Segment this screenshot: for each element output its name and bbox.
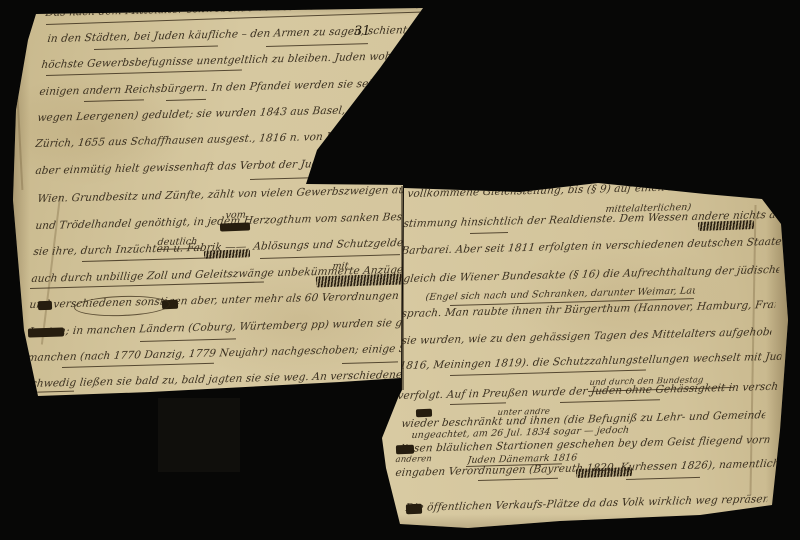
ink-blot: [38, 301, 52, 310]
ink-scribble: [698, 220, 754, 231]
handwriting-line: Barbarei. Aber seit 1811 erfolgten in ve…: [401, 237, 782, 258]
underline-stroke: [450, 402, 506, 405]
underline-stroke: [166, 99, 206, 101]
ink-scribble: [316, 274, 402, 288]
handwriting-line: Die öffentlichen Verkaufs-Plätze da das …: [405, 494, 768, 514]
handwriting-line: vollkommene Gleichstellung, bis (§ 9) au…: [407, 180, 764, 200]
handwriting-line: sie wurden, wie zu den gehässigen Tagen …: [401, 327, 772, 348]
handwriting-line: manchen (nach 1770 Danzig, 1779 Neujahr)…: [27, 344, 408, 365]
handwriting-line: anderen: [395, 455, 446, 466]
underline-stroke: [84, 99, 144, 102]
ink-blot: [220, 222, 250, 231]
underline-stroke: [478, 478, 558, 482]
underline-stroke: [250, 177, 312, 180]
underline-stroke: [62, 363, 214, 369]
handwriting-line: schwedig ließen sie bald zu, bald jagten…: [25, 370, 406, 391]
underline-stroke: [342, 361, 398, 364]
underline-stroke: [266, 43, 368, 47]
ink-blot: [28, 327, 64, 337]
handwriting-line: Lasten; in manchen Ländern (Coburg, Würt…: [29, 318, 408, 339]
paper-crease: [15, 60, 24, 190]
inserted-word: mit: [332, 261, 363, 272]
underline-stroke: [26, 391, 74, 394]
paper-crease: [41, 195, 61, 344]
underline-stroke: [560, 399, 660, 403]
page-number: 31: [354, 24, 371, 39]
underline-stroke: [260, 254, 400, 259]
ink-blot: [416, 409, 432, 418]
manuscript-scan: Das nach dem Mittelalter schwebende Verb…: [0, 0, 800, 540]
underline-stroke: [626, 477, 700, 480]
handwriting-line: 1816, Meiningen 1819). die Schutzzahlung…: [399, 352, 782, 373]
handwriting-line: höchste Gewerbsbefugnisse unentgeltlich …: [41, 51, 430, 72]
inserted-word: vom: [225, 210, 266, 221]
handwriting-line: aber einmütig hielt gewissenhaft das Ver…: [35, 159, 336, 178]
ink-scribble: [576, 467, 632, 478]
underline-stroke: [82, 257, 212, 262]
inserted-word: deutlich: [157, 237, 206, 249]
handwriting-line: gleich die Wiener Bundesakte (§ 16) die …: [403, 265, 780, 286]
handwriting-line: Zürich, 1655 aus Schaffhausen ausgest., …: [35, 131, 356, 150]
ink-blot: [406, 504, 422, 515]
underline-stroke: [140, 338, 236, 342]
ink-scribble: [204, 249, 250, 259]
handwriting-line: wegen Leergenen) geduldet; sie wurden 18…: [37, 105, 378, 125]
handwriting-line: einigen andern Reichsbürgern. In den Pfa…: [39, 78, 400, 98]
underline-stroke: [94, 46, 218, 51]
handwriting-line: sprach. Man raubte ihnen ihr Bürgerthum …: [401, 300, 776, 321]
scan-shadow-patch: [158, 398, 240, 472]
underline-stroke: [470, 232, 508, 234]
handwriting-line: Wien. Grundbesitz und Zünfte, zählt von …: [37, 185, 406, 206]
ink-blot: [396, 445, 414, 455]
